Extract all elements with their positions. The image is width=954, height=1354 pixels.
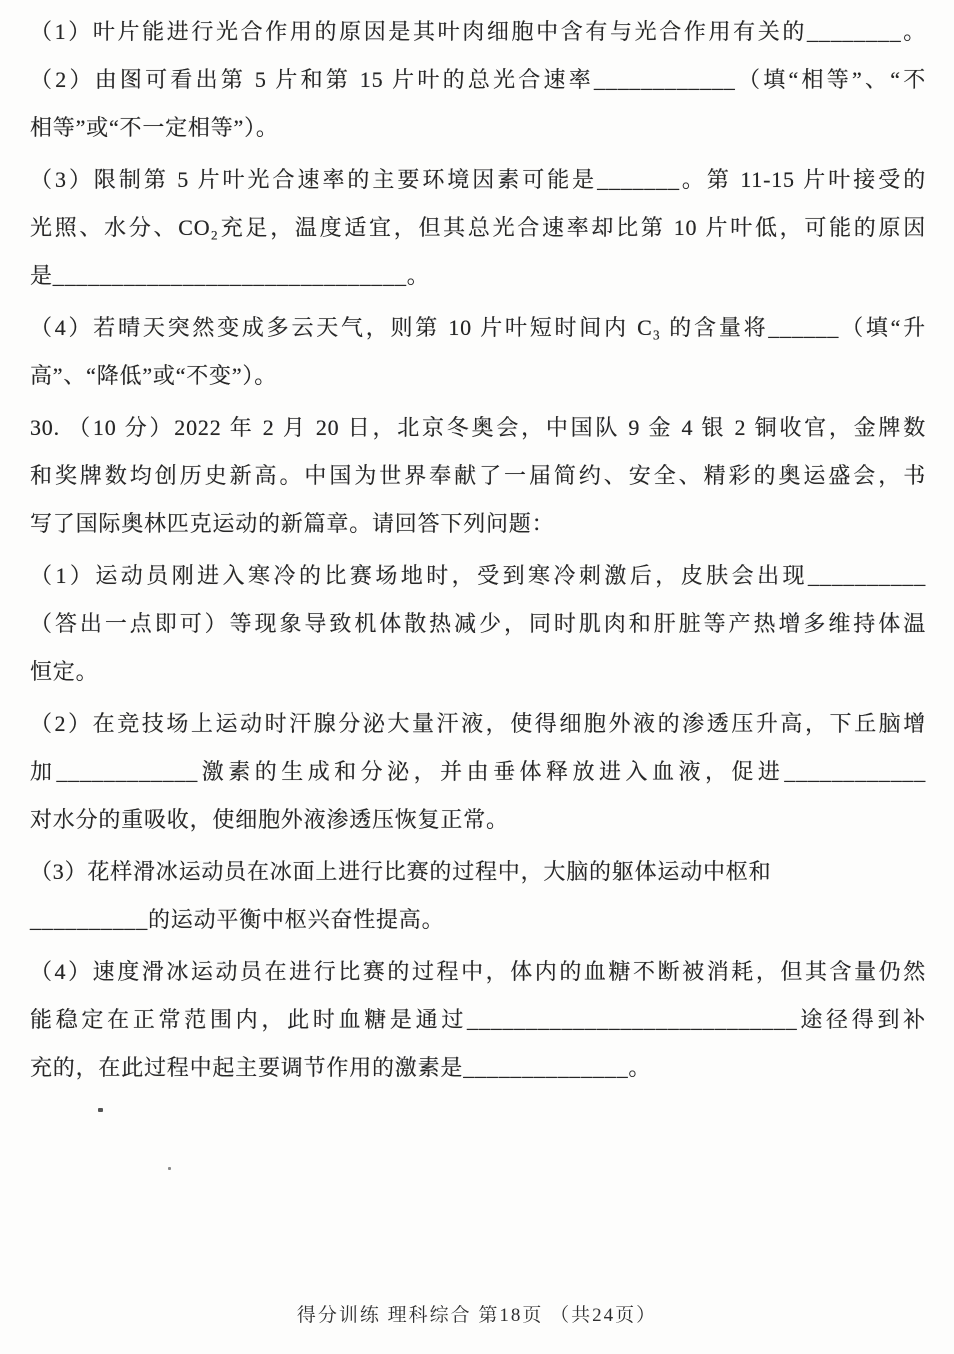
footer-text: 得分训练 理科综合 第18页 （共24页） <box>297 1305 657 1326</box>
text-line: 写了国际奥林匹克运动的新篇章。请回答下列问题： <box>30 500 926 548</box>
text-line: （3）限制第 5 片叶光合速率的主要环境因素可能是_______。第 11-15… <box>30 156 926 204</box>
text-line: （4）速度滑冰运动员在进行比赛的过程中，体内的血糖不断被消耗，但其含量仍然 <box>30 948 926 996</box>
text-line: （2）在竞技场上运动时汗腺分泌大量汗液，使得细胞外液的渗透压升高，下丘脑增 <box>30 700 926 748</box>
text-line: 充的，在此过程中起主要调节作用的激素是______________。 <box>30 1044 926 1092</box>
scan-speck <box>98 1108 103 1112</box>
page-footer: 得分训练 理科综合 第18页 （共24页） <box>0 1300 954 1327</box>
question-text-block: （1）叶片能进行光合作用的原因是其叶肉细胞中含有与光合作用有关的________… <box>30 8 926 1092</box>
text-line: （答出一点即可）等现象导致机体散热减少，同时肌肉和肝脏等产热增多维持体温 <box>30 600 926 648</box>
text-line: 能稳定在正常范围内，此时血糖是通过_______________________… <box>30 996 926 1044</box>
text-line: （1）叶片能进行光合作用的原因是其叶肉细胞中含有与光合作用有关的________… <box>30 8 926 56</box>
text-line: 和奖牌数均创历史新高。中国为世界奉献了一届简约、安全、精彩的奥运盛会，书 <box>30 452 926 500</box>
text-line: 对水分的重吸收，使细胞外液渗透压恢复正常。 <box>30 796 926 844</box>
text-line: 恒定。 <box>30 648 926 696</box>
text-line: 30. （10 分）2022 年 2 月 20 日，北京冬奥会，中国队 9 金 … <box>30 404 926 452</box>
text-line: （3）花样滑冰运动员在冰面上进行比赛的过程中，大脑的躯体运动中枢和 <box>30 848 926 896</box>
exam-page: （1）叶片能进行光合作用的原因是其叶肉细胞中含有与光合作用有关的________… <box>0 0 954 1354</box>
scan-speck <box>168 1167 171 1170</box>
text-line: 光照、水分、CO₂充足，温度适宜，但其总光合速率却比第 10 片叶低，可能的原因 <box>30 204 926 252</box>
text-line: （2）由图可看出第 5 片和第 15 片叶的总光合速率____________（… <box>30 56 926 104</box>
text-line: （1）运动员刚进入寒冷的比赛场地时，受到寒冷刺激后，皮肤会出现_________… <box>30 552 926 600</box>
text-line: （4）若晴天突然变成多云天气，则第 10 片叶短时间内 C₃ 的含量将_____… <box>30 304 926 352</box>
text-line: 加____________激素的生成和分泌，并由垂体释放进入血液，促进_____… <box>30 748 926 796</box>
text-line: __________的运动平衡中枢兴奋性提高。 <box>30 896 926 944</box>
text-line: 高”、“降低”或“不变”）。 <box>30 352 926 400</box>
text-line: 是______________________________。 <box>30 252 926 300</box>
text-line: 相等”或“不一定相等”）。 <box>30 104 926 152</box>
